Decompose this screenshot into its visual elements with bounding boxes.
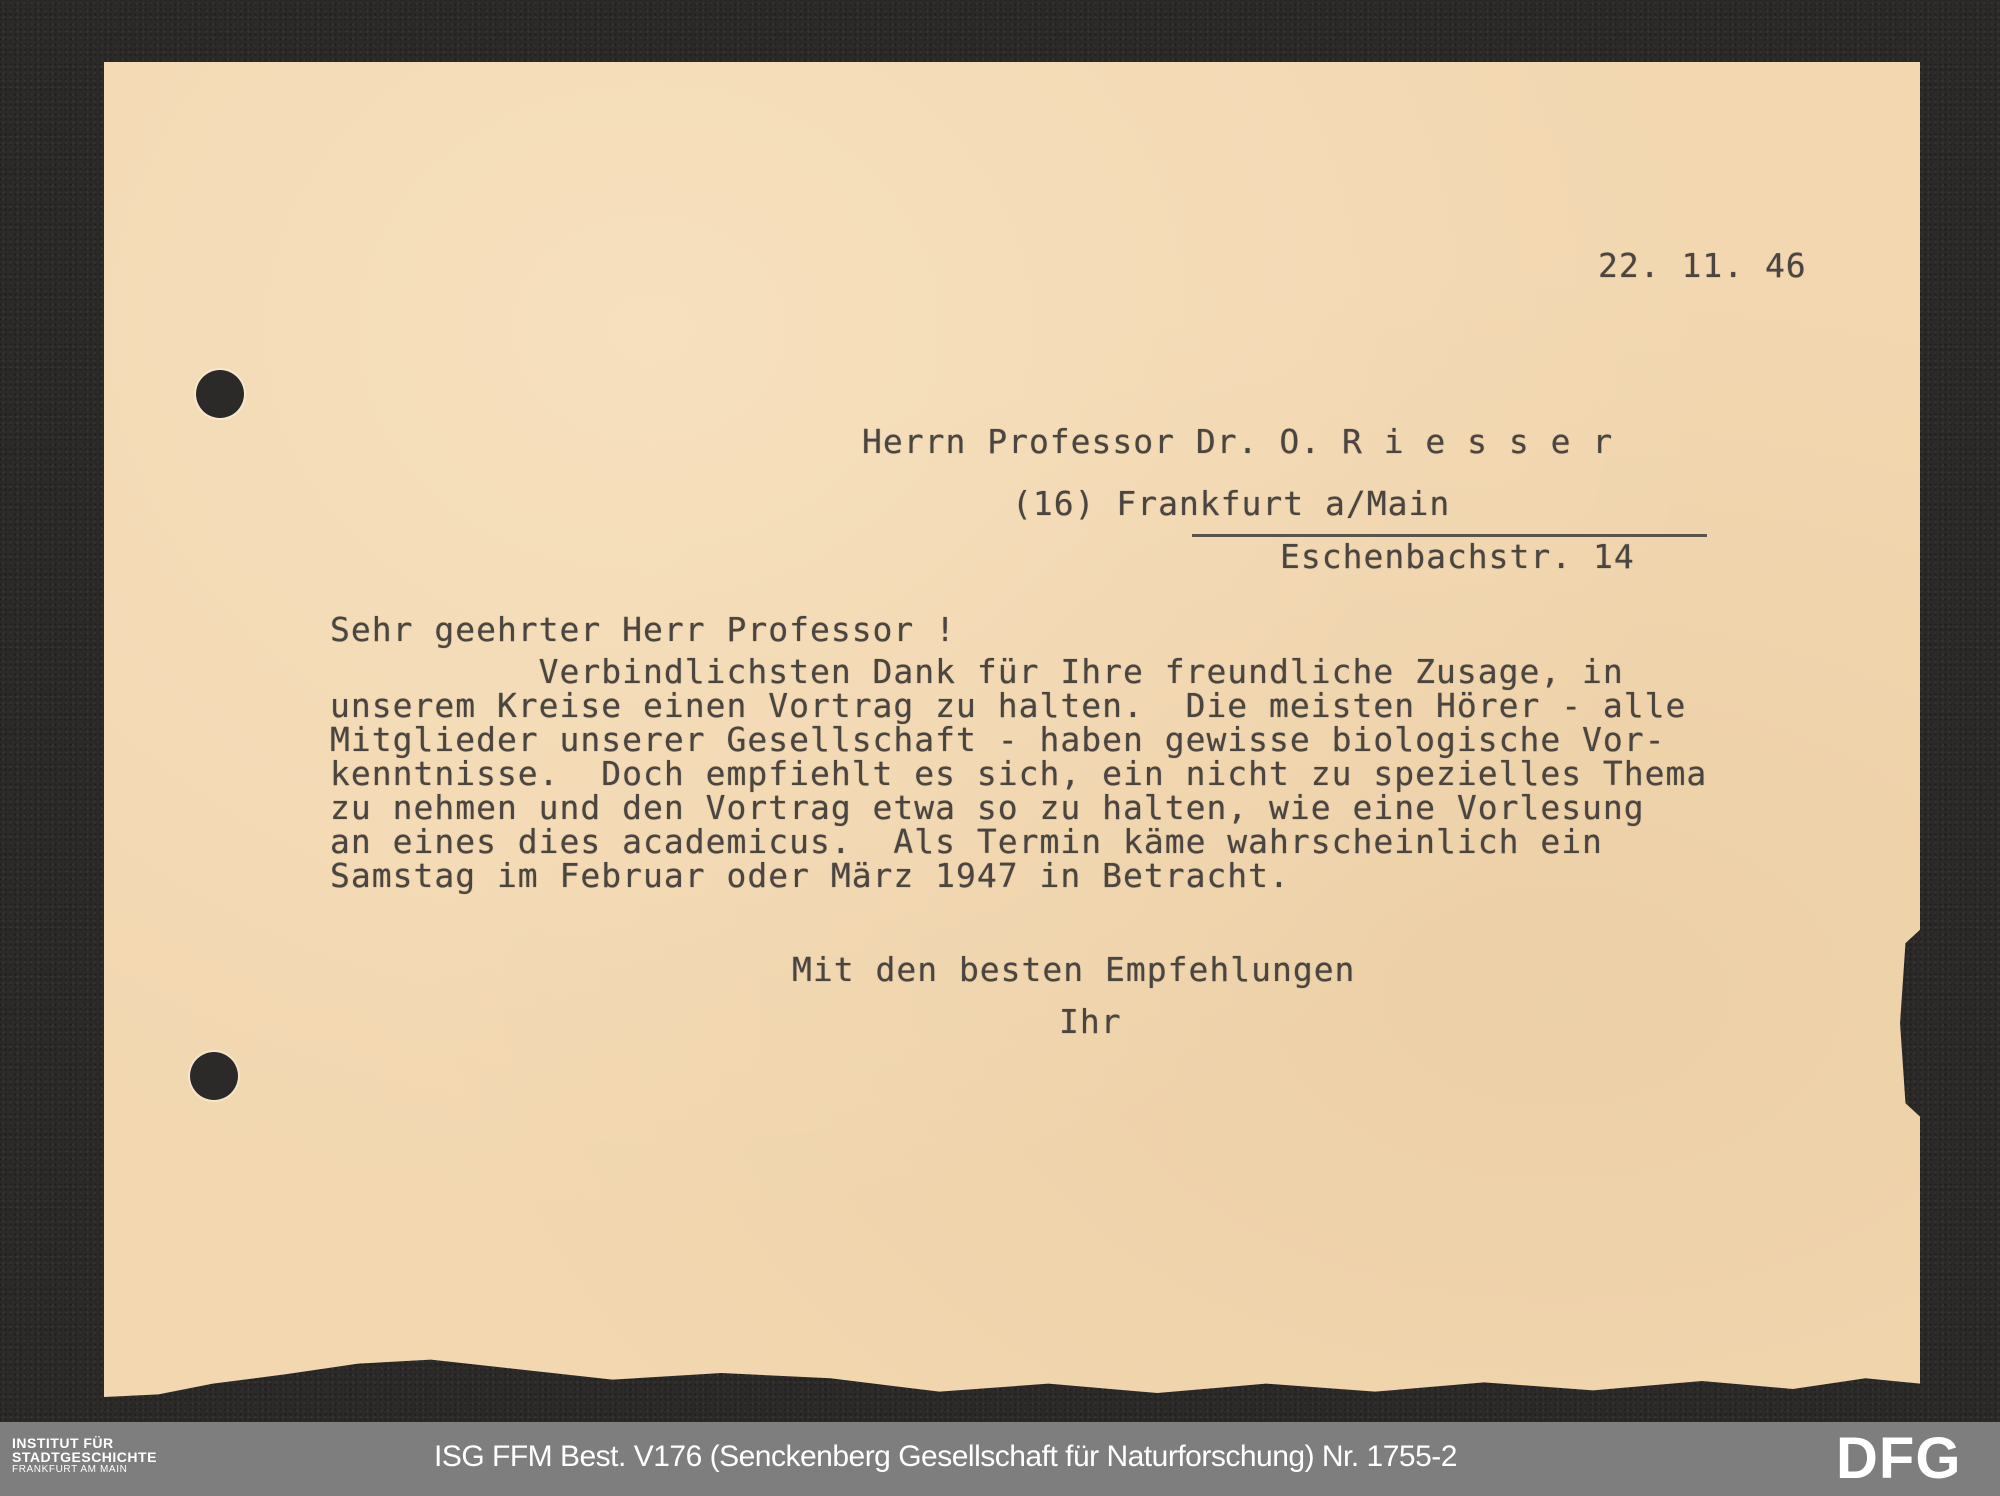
punch-hole-bottom	[190, 1052, 238, 1100]
signature: Ihr	[1059, 1002, 1122, 1041]
body-line: Samstag im Februar oder März 1947 in Bet…	[330, 856, 1290, 895]
recipient-street: Eschenbachstr. 14	[1280, 537, 1635, 576]
archive-caption: ISG FFM Best. V176 (Senckenberg Gesellsc…	[434, 1440, 1457, 1474]
recipient-name: Herrn Professor Dr. O. R i e s s e r	[862, 422, 1613, 461]
isg-logo-line2: STADTGESCHICHTE	[12, 1450, 157, 1464]
recipient-city: (16) Frankfurt a/Main	[1012, 484, 1450, 523]
dfg-logo: DFG	[1836, 1430, 1961, 1488]
letter-paper: 22. 11. 46 Herrn Professor Dr. O. R i e …	[104, 62, 1920, 1397]
archive-footer: INSTITUT FÜR STADTGESCHICHTE FRANKFURT A…	[0, 1422, 2000, 1496]
letter-date: 22. 11. 46	[1598, 246, 1807, 285]
punch-hole-top	[196, 370, 244, 418]
closing: Mit den besten Empfehlungen	[792, 950, 1355, 989]
isg-logo-line3: FRANKFURT AM MAIN	[12, 1464, 157, 1476]
isg-logo-line1: INSTITUT FÜR	[12, 1436, 157, 1450]
salutation: Sehr geehrter Herr Professor !	[330, 610, 956, 649]
isg-logo: INSTITUT FÜR STADTGESCHICHTE FRANKFURT A…	[12, 1436, 157, 1476]
